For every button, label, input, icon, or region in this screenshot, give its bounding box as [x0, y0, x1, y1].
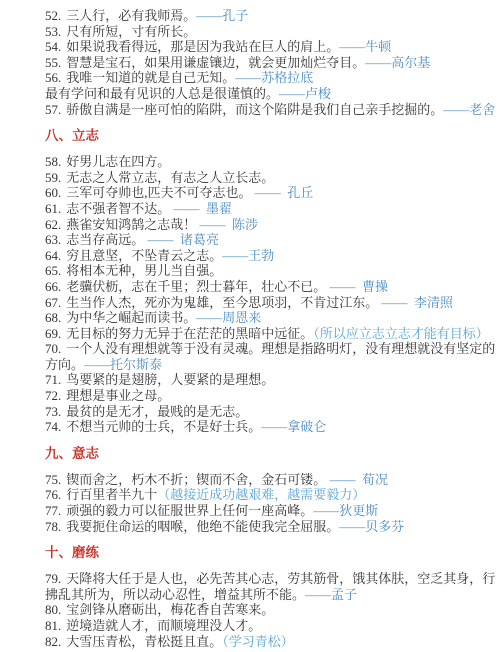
- quote-number: 71.: [45, 372, 61, 387]
- quote-line: 56.我唯一知道的就是自己无知。——苏格拉底: [45, 70, 496, 86]
- quote-number: 63.: [45, 232, 61, 247]
- quote-number: 78.: [45, 519, 61, 534]
- quote-text: 为中华之崛起而读书。: [66, 310, 196, 325]
- quote-line: 78.我要扼住命运的咽喉，他绝不能使我完全屈服。——贝多芬: [45, 519, 496, 535]
- quote-text: 最有学问和最有见识的人总是很谨慎的。: [45, 86, 279, 101]
- quote-author-attribution: ——狄更斯: [313, 503, 378, 518]
- quote-line: 54.如果说我看得远，那是因为我站在巨人的肩上。——牛顿: [45, 39, 496, 55]
- quote-author-attribution: —— 荀况: [326, 472, 388, 487]
- quote-number: 62.: [45, 217, 61, 232]
- quote-line: 60.三军可夺帅也,匹夫不可夺志也。 —— 孔丘: [45, 185, 496, 201]
- quote-text: 穷且意坚，不坠青云之志。: [66, 248, 222, 263]
- quote-author-attribution: ——老舍: [443, 102, 495, 117]
- quote-line: 70.一个人没有理想就等于没有灵魂。理想是指路明灯，没有理想就没有坚定的方向。—…: [45, 341, 496, 372]
- quote-text: 无目标的努力无异于在茫茫的黑暗中远征。: [66, 326, 313, 341]
- quote-author-attribution: ——孟子: [305, 587, 357, 602]
- quote-text: 最贫的是无才，最贱的是无志。: [66, 404, 248, 419]
- quote-annotation: （学习青松）: [222, 634, 294, 649]
- section-header: 八、立志: [45, 128, 496, 144]
- quote-number: 59.: [45, 170, 61, 185]
- quote-text: 燕雀安知鸿鹄之志哉！: [66, 217, 196, 232]
- quote-line: 73.最贫的是无才，最贱的是无志。: [45, 404, 496, 420]
- section-header: 十、磨练: [45, 545, 496, 561]
- quote-author-attribution: ——拿破仑: [261, 419, 326, 434]
- quote-author-attribution: —— 孔丘: [252, 185, 314, 200]
- quote-line: 62.燕雀安知鸿鹄之志哉！ —— 陈涉: [45, 217, 496, 233]
- quote-line: 53.尺有所短，寸有所长。: [45, 24, 496, 40]
- quote-number: 66.: [45, 279, 61, 294]
- quote-text: 老骥伏枥，志在千里；烈士暮年，壮心不已。: [66, 279, 326, 294]
- quote-number: 65.: [45, 263, 61, 278]
- quote-line: 81.逆境造就人才，而顺境埋没人才。: [45, 618, 496, 634]
- quote-line: 68.为中华之崛起而读书。——周恩来: [45, 310, 496, 326]
- quote-text: 志不强者智不达。: [66, 201, 170, 216]
- quote-text: 宝剑锋从磨砺出，梅花香自苦寒来。: [66, 602, 274, 617]
- quote-text: 我要扼住命运的咽喉，他绝不能使我完全屈服。: [66, 519, 339, 534]
- quote-line: 57.骄傲自满是一座可怕的陷阱，而这个陷阱是我们自己亲手挖掘的。——老舍: [45, 102, 496, 118]
- quote-line: 58.好男儿志在四方。: [45, 154, 496, 170]
- quote-line: 72.理想是事业之母。: [45, 388, 496, 404]
- quote-line: 75.锲而舍之，朽木不折；锲而不舍，金石可镂。 —— 荀况: [45, 472, 496, 488]
- quote-number: 64.: [45, 248, 61, 263]
- quote-line: 63.志当存高远。 —— 诸葛亮: [45, 232, 496, 248]
- quote-author-attribution: ——王勃: [222, 248, 274, 263]
- quote-author-attribution: ——牛顿: [339, 39, 391, 54]
- quote-line: 67.生当作人杰，死亦为鬼雄，至今思项羽，不肯过江东。 —— 李清照: [45, 295, 496, 311]
- quote-line: 69.无目标的努力无异于在茫茫的黑暗中远征。（所以应立志立志才能有目标）: [45, 326, 496, 342]
- quote-text: 不想当元帅的士兵，不是好士兵。: [66, 419, 261, 434]
- quote-text: 大雪压青松，青松挺且直。: [66, 634, 222, 649]
- quote-number: 82.: [45, 634, 61, 649]
- quote-text: 顽强的毅力可以征服世界上任何一座高峰。: [66, 503, 313, 518]
- quote-number: 73.: [45, 404, 61, 419]
- quote-line: 65.将相本无种，男儿当自强。: [45, 263, 496, 279]
- quote-author-attribution: ——周恩来: [196, 310, 261, 325]
- quote-author-attribution: ——孔子: [196, 8, 248, 23]
- quote-text: 智慧是宝石，如果用谦虚镶边，就会更加灿烂夺目。: [66, 55, 365, 70]
- quote-author-attribution: ——托尔斯泰: [84, 357, 162, 372]
- quote-number: 56.: [45, 70, 61, 85]
- quote-author-attribution: ——苏格拉底: [235, 70, 313, 85]
- quote-author-attribution: ——高尔基: [365, 55, 430, 70]
- quote-text: 锲而舍之，朽木不折；锲而不舍，金石可镂。: [66, 472, 326, 487]
- quote-text: 行百里者半九十: [66, 487, 157, 502]
- quote-line: 66.老骥伏枥，志在千里；烈士暮年，壮心不已。 —— 曹操: [45, 279, 496, 295]
- quote-author-attribution: —— 诸葛亮: [144, 232, 219, 247]
- quote-number: 76.: [45, 487, 61, 502]
- quote-text: 天降将大任于是人也，必先苦其心志，劳其筋骨，饿其体肤，空乏其身，行拂乱其所为，所…: [45, 571, 495, 602]
- quote-number: 58.: [45, 154, 61, 169]
- quote-author-attribution: —— 陈涉: [196, 217, 258, 232]
- quote-text: 逆境造就人才，而顺境埋没人才。: [66, 618, 261, 633]
- quote-line: 52.三人行，必有我师焉。——孔子: [45, 8, 496, 24]
- quote-number: 55.: [45, 55, 61, 70]
- quote-line: 77.顽强的毅力可以征服世界上任何一座高峰。——狄更斯: [45, 503, 496, 519]
- quote-text: 鸟要紧的是翅膀，人要紧的是理想。: [66, 372, 274, 387]
- quote-number: 53.: [45, 24, 61, 39]
- quote-text: 无志之人常立志，有志之人立长志。: [66, 170, 274, 185]
- quote-number: 52.: [45, 8, 61, 23]
- quote-line: 61.志不强者智不达。 —— 墨翟: [45, 201, 496, 217]
- quote-text: 生当作人杰，死亦为鬼雄，至今思项羽，不肯过江东。: [66, 295, 378, 310]
- quote-text: 我唯一知道的就是自己无知。: [66, 70, 235, 85]
- quote-number: 69.: [45, 326, 61, 341]
- quote-number: 72.: [45, 388, 61, 403]
- quote-line: 59.无志之人常立志，有志之人立长志。: [45, 170, 496, 186]
- quote-number: 80.: [45, 602, 61, 617]
- quote-author-attribution: —— 曹操: [326, 279, 388, 294]
- quote-text: 三人行，必有我师焉。: [66, 8, 196, 23]
- quote-text: 理想是事业之母。: [66, 388, 170, 403]
- quote-number: 77.: [45, 503, 61, 518]
- quote-number: 81.: [45, 618, 61, 633]
- quote-text: 将相本无种，男儿当自强。: [66, 263, 222, 278]
- quote-line: 79.天降将大任于是人也，必先苦其心志，劳其筋骨，饿其体肤，空乏其身，行拂乱其所…: [45, 571, 496, 602]
- quote-number: 54.: [45, 39, 61, 54]
- quote-number: 67.: [45, 295, 61, 310]
- quote-annotation: （越接近成功越艰难，越需要毅力）: [157, 487, 365, 502]
- quote-annotation: （所以应立志立志才能有目标）: [313, 326, 489, 341]
- quote-text: 骄傲自满是一座可怕的陷阱，而这个陷阱是我们自己亲手挖掘的。: [66, 102, 443, 117]
- quote-author-attribution: —— 墨翟: [170, 201, 232, 216]
- quote-line: 74.不想当元帅的士兵，不是好士兵。——拿破仑: [45, 419, 496, 435]
- quote-number: 61.: [45, 201, 61, 216]
- quote-line: 55.智慧是宝石，如果用谦虚镶边，就会更加灿烂夺目。——高尔基: [45, 55, 496, 71]
- document-page: 52.三人行，必有我师焉。——孔子53.尺有所短，寸有所长。54.如果说我看得远…: [0, 0, 500, 652]
- quote-author-attribution: ——卢梭: [279, 86, 331, 101]
- quote-author-attribution: ——贝多芬: [339, 519, 404, 534]
- quote-text: 好男儿志在四方。: [66, 154, 170, 169]
- quote-line: 76.行百里者半九十（越接近成功越艰难，越需要毅力）: [45, 487, 496, 503]
- quote-line: 80.宝剑锋从磨砺出，梅花香自苦寒来。: [45, 602, 496, 618]
- quote-text: 三军可夺帅也,匹夫不可夺志也。: [66, 185, 251, 200]
- quote-number: 57.: [45, 102, 61, 117]
- quote-number: 68.: [45, 310, 61, 325]
- quote-line: 82.大雪压青松，青松挺且直。（学习青松）: [45, 634, 496, 650]
- quote-text: 志当存高远。: [66, 232, 144, 247]
- quote-number: 79.: [45, 571, 61, 586]
- quote-number: 70.: [45, 341, 61, 356]
- quote-number: 74.: [45, 419, 61, 434]
- quote-line: 最有学问和最有见识的人总是很谨慎的。——卢梭: [45, 86, 496, 102]
- quote-line: 71.鸟要紧的是翅膀，人要紧的是理想。: [45, 372, 496, 388]
- section-header: 九、意志: [45, 446, 496, 462]
- quote-line: 64.穷且意坚，不坠青云之志。——王勃: [45, 248, 496, 264]
- quote-author-attribution: —— 李清照: [378, 295, 453, 310]
- quote-number: 60.: [45, 185, 61, 200]
- quote-text: 尺有所短，寸有所长。: [66, 24, 196, 39]
- quote-number: 75.: [45, 472, 61, 487]
- quote-text: 如果说我看得远，那是因为我站在巨人的肩上。: [66, 39, 339, 54]
